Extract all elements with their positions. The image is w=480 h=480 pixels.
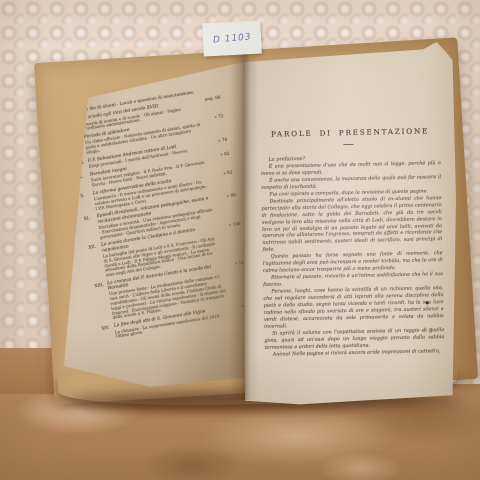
book-photo: tra le file di alunni - Locali e questio… (0, 0, 480, 480)
toc-entry-page-number: » 72 (199, 113, 224, 122)
toc-entry-page-number: » 106 (216, 221, 241, 230)
ink-speck (426, 301, 429, 304)
paragraph: Destinate principalmente all'eletto stuo… (261, 195, 442, 254)
toc-entry-number: XIV. (101, 324, 115, 331)
body-text: La prefazione?È una presentazione d'uso … (261, 153, 445, 358)
title-separator (343, 144, 353, 145)
toc-entry-number: XI. (84, 215, 98, 222)
toc-entry-page-number: » 82 (205, 150, 230, 159)
toc-entry-number: XIII. (94, 281, 108, 288)
right-page-content: PAROLE DI PRESENTAZIONE La prefazione?È … (232, 40, 468, 411)
toc-entry-page-number: » 98 (212, 192, 237, 201)
handwritten-inventory-label: D 1103 (202, 21, 262, 57)
toc-entry-number: X. (80, 191, 94, 198)
toc-entry-page-number: » 78 (203, 137, 228, 146)
toc-block: tra le file di alunni - Locali e questio… (67, 85, 256, 341)
right-page-presentation: PAROLE DI PRESENTAZIONE La prefazione?È … (236, 42, 464, 408)
toc-entry-page-number: pag. 66 (196, 95, 221, 104)
toc-entry-page-number: » 92 (208, 169, 233, 178)
open-book: tra le file di alunni - Locali e questio… (0, 0, 480, 480)
toc-entries: VI. La scuola agli inizi del secolo XVII… (68, 95, 255, 342)
inventory-label-text: D 1103 (212, 32, 251, 45)
toc-entry-page-number: » 113 (222, 259, 247, 268)
page-number: — 5 (421, 328, 432, 334)
paragraph: Persone, luoghi, cose hanno la scintilla… (263, 285, 444, 330)
toc-entry-number: XII. (88, 243, 102, 250)
page-title: PAROLE DI PRESENTAZIONE (258, 126, 442, 139)
